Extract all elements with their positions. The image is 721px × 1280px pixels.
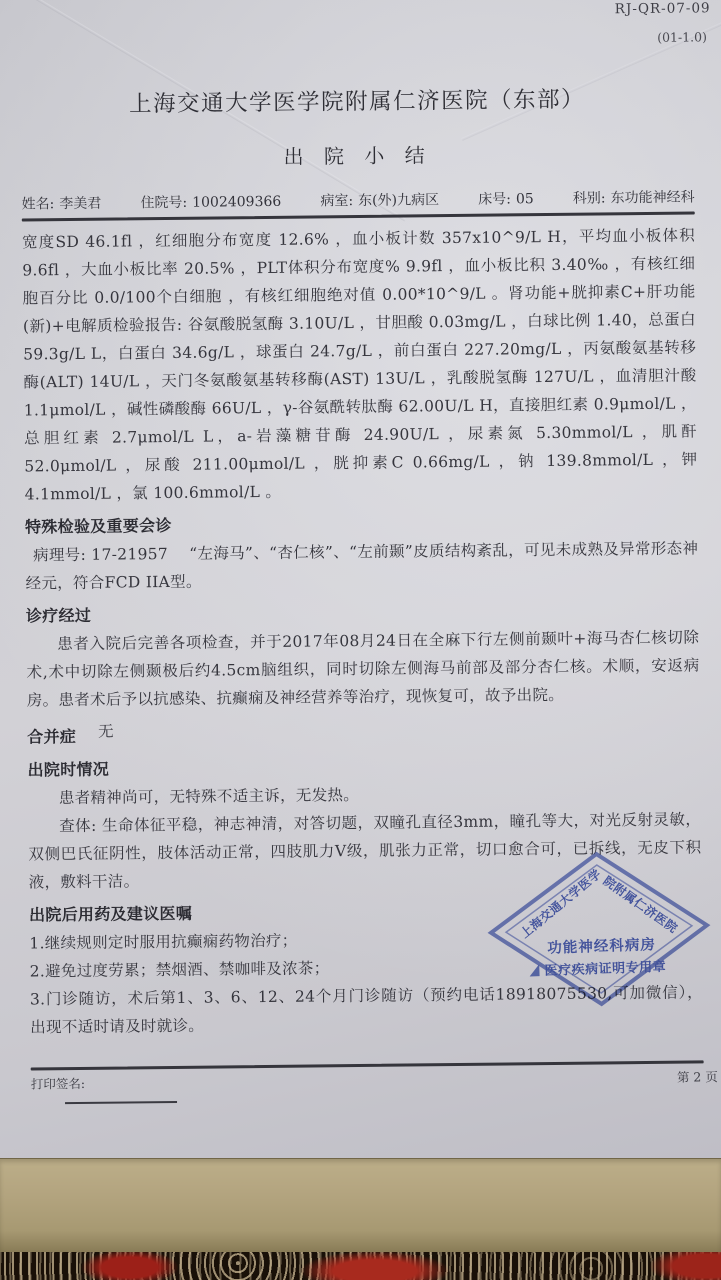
stamp-line3: 医疗疾病证明专用章 bbox=[544, 959, 666, 979]
hospital-stamp-graphic: 上海交通大学医学院附属仁济医院 功能神经科病房 医疗疾病证明专用章 bbox=[483, 846, 714, 1012]
department: 科别:东功能神经科 bbox=[573, 186, 695, 207]
patient-info-row: 姓名:李美君 住院号:1002409366 病室:东(外)九病区 床号:05 科… bbox=[22, 186, 695, 213]
hospital-name: 上海交通大学医学院附属仁济医院（东部） bbox=[20, 80, 693, 119]
page-number: 第 2 页 bbox=[677, 1067, 718, 1085]
complications-value: 无 bbox=[98, 718, 114, 751]
ward-value: 东(外)九病区 bbox=[358, 192, 439, 209]
bed-number-value: 05 bbox=[516, 191, 534, 207]
signature-line bbox=[65, 1100, 177, 1104]
department-label: 科别: bbox=[573, 190, 606, 206]
form-code: RJ-QR-07-09 bbox=[615, 0, 711, 17]
form-version: (01-1.0) bbox=[657, 29, 707, 45]
bed-number: 床号:05 bbox=[478, 188, 534, 209]
ward-label: 病室: bbox=[320, 193, 353, 209]
print-signature-label: 打印签名: bbox=[31, 1073, 85, 1092]
special-exam-text: 病理号: 17-21957 “左海马”、“杏仁核”、“左前颞”皮质结构紊乱，可见… bbox=[25, 534, 699, 597]
patient-name-value: 李美君 bbox=[59, 196, 101, 212]
table-edge bbox=[0, 1158, 721, 1253]
complications-row: 合并症 无 bbox=[27, 711, 700, 751]
ward: 病室:东(外)九病区 bbox=[320, 189, 439, 210]
admission-number-value: 1002409366 bbox=[192, 194, 281, 211]
stamp-line2: 功能神经科病房 bbox=[547, 935, 656, 957]
patient-name-label: 姓名: bbox=[22, 196, 55, 212]
document-paper: RJ-QR-07-09 (01-1.0) 上海交通大学医学院附属仁济医院（东部）… bbox=[0, 0, 721, 1159]
section-heading-complications: 合并症 bbox=[27, 723, 76, 752]
stamp-arc-text: 上海交通大学医学院附属仁济医院 bbox=[515, 863, 682, 942]
photo: RJ-QR-07-09 (01-1.0) 上海交通大学医学院附属仁济医院（东部）… bbox=[0, 0, 721, 1280]
hospital-stamp: 上海交通大学医学院附属仁济医院 功能神经科病房 医疗疾病证明专用章 bbox=[483, 846, 714, 1012]
patient-name: 姓名:李美君 bbox=[22, 193, 102, 214]
department-value: 东功能神经科 bbox=[611, 189, 695, 206]
header-divider bbox=[22, 211, 695, 221]
svg-text:上海交通大学医学院附属仁济医院: 上海交通大学医学院附属仁济医院 bbox=[515, 863, 682, 942]
floor-background bbox=[0, 1252, 721, 1280]
bed-number-label: 床号: bbox=[478, 191, 511, 207]
footer-row: 打印签名: 第 2 页 bbox=[31, 1067, 704, 1092]
admission-number: 住院号:1002409366 bbox=[140, 191, 281, 212]
admission-number-label: 住院号: bbox=[140, 195, 187, 211]
document-title: 出 院 小 结 bbox=[21, 136, 694, 172]
lab-results-text: 宽度SD 46.1fl ，红细胞分布宽度 12.6% ，血小板计数 357x10… bbox=[22, 221, 698, 508]
stamp-smudge-mark bbox=[529, 964, 539, 976]
course-text: 患者入院后完善各项检查，并于2017年08月24日在全麻下行左侧前颞叶+海马杏仁… bbox=[26, 623, 700, 714]
